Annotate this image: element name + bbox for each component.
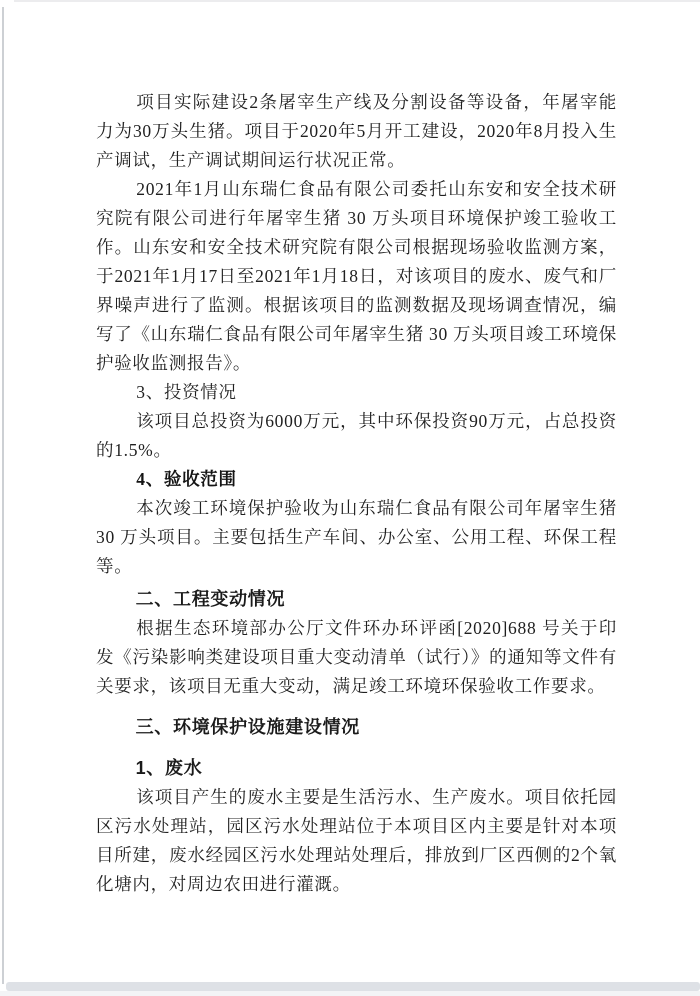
document-page: 项目实际建设2条屠宰生产线及分割设备等设备，年屠宰能力为30万头生猪。项目于20… <box>0 0 700 996</box>
page-bottom-light-edge <box>0 991 700 996</box>
paragraph-investment-detail: 该项目总投资为6000万元，其中环保投资90万元，占总投资的1.5%。 <box>96 407 617 465</box>
subheading-acceptance-scope: 4、验收范围 <box>96 465 617 494</box>
subheading-investment: 3、投资情况 <box>96 378 617 407</box>
paragraph-acceptance-scope-detail: 本次竣工环境保护验收为山东瑞仁食品有限公司年屠宰生猪 30 万头项目。主要包括生… <box>96 494 617 581</box>
paragraph-project-change-detail: 根据生态环境部办公厅文件环办环评函[2020]688 号关于印发《污染影响类建设… <box>96 614 617 701</box>
paragraph-construction-overview: 项目实际建设2条屠宰生产线及分割设备等设备，年屠宰能力为30万头生猪。项目于20… <box>96 88 617 175</box>
page-top-edge <box>14 0 700 2</box>
subsection-heading-wastewater: 1、废水 <box>96 754 617 783</box>
page-left-edge <box>2 7 4 984</box>
section-heading-env-protection-facilities: 三、环境保护设施建设情况 <box>96 713 617 742</box>
section-heading-project-change: 二、工程变动情况 <box>96 585 617 614</box>
paragraph-acceptance-commission: 2021年1月山东瑞仁食品有限公司委托山东安和安全技术研究院有限公司进行年屠宰生… <box>96 175 617 378</box>
paragraph-wastewater-detail: 该项目产生的废水主要是生活污水、生产废水。项目依托园区污水处理站，园区污水处理站… <box>96 783 617 899</box>
document-content: 项目实际建设2条屠宰生产线及分割设备等设备，年屠宰能力为30万头生猪。项目于20… <box>96 88 617 899</box>
page-bottom-shadow <box>6 982 700 991</box>
